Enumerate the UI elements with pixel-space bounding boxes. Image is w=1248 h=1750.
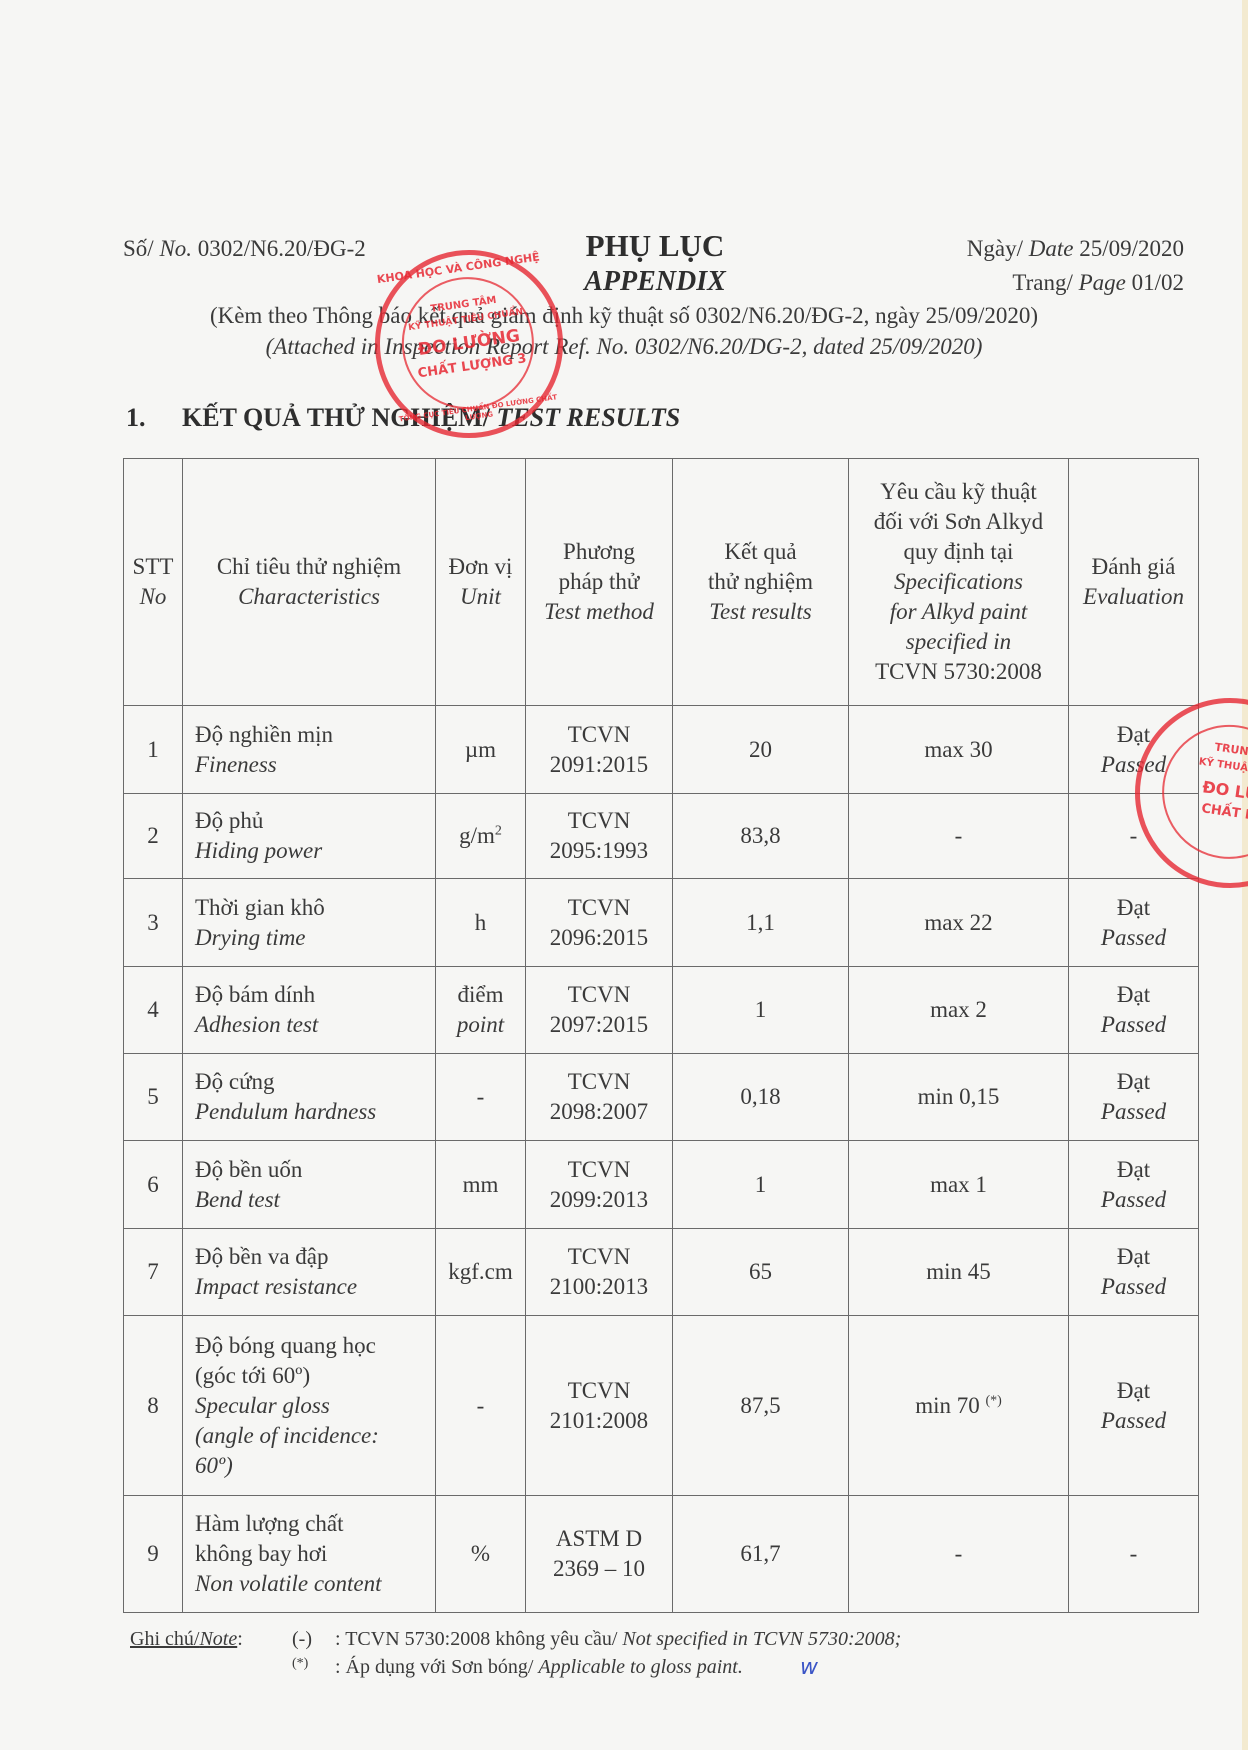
section-heading: 1.KẾT QUẢ THỬ NGHIỆM/ TEST RESULTS [126, 403, 680, 433]
row-number-value: 1 [147, 737, 159, 762]
row-number-value: 8 [147, 1393, 159, 1418]
handwritten-initials: w [800, 1655, 818, 1680]
note-text-vi-1: : TCVN 5730:2008 không yêu cầu/ [335, 1628, 617, 1650]
characteristic-cell: Độ bóng quang học(góc tới 60º)Specular g… [183, 1316, 436, 1496]
evaluation-vi: - [1075, 1539, 1192, 1569]
result-value: 20 [749, 737, 772, 762]
note-item-2: (*) : Áp dụng với Sơn bóng/ Applicable t… [292, 1656, 743, 1679]
characteristic-vi-2: không bay hơi [195, 1539, 429, 1569]
unit-cell: % [436, 1496, 526, 1613]
paper-edge [1242, 0, 1248, 1750]
specification-cell: max 1 [849, 1141, 1069, 1229]
table-row: 1Độ nghiền mịnFinenessµmTCVN2091:201520m… [124, 706, 1199, 794]
characteristic-vi-2: (góc tới 60º) [195, 1361, 429, 1391]
characteristic-en: Pendulum hardness [195, 1097, 429, 1127]
method-line-2: 2099:2013 [532, 1185, 666, 1215]
evaluation-en: Passed [1075, 1010, 1192, 1040]
stamp-ring-text: KHOA HỌC VÀ CÔNG NGHỆ [369, 249, 547, 287]
method-cell: TCVN2095:1993 [526, 794, 673, 879]
table-row: 3Thời gian khôDrying timehTCVN2096:20151… [124, 879, 1199, 967]
characteristic-cell: Hàm lượng chấtkhông bay hơiNon volatile … [183, 1496, 436, 1613]
unit-cell: - [436, 1054, 526, 1141]
specification-value: - [955, 823, 963, 848]
unit-value: % [471, 1541, 490, 1566]
note-symbol-2: (*) [292, 1656, 330, 1672]
specification-cell: - [849, 794, 1069, 879]
result-value: 65 [749, 1259, 772, 1284]
method-cell: TCVN2091:2015 [526, 706, 673, 794]
evaluation-cell: ĐạtPassed [1069, 1141, 1199, 1229]
row-number-value: 6 [147, 1172, 159, 1197]
evaluation-en: Passed [1075, 1185, 1192, 1215]
specification-cell: - [849, 1496, 1069, 1613]
characteristic-vi: Độ bền va đập [195, 1242, 429, 1272]
date-label-vi: Ngày/ [967, 236, 1023, 261]
method-cell: TCVN2098:2007 [526, 1054, 673, 1141]
evaluation-vi: Đạt [1075, 893, 1192, 923]
unit-cell: g/m2 [436, 794, 526, 879]
col-header-characteristics: Chỉ tiêu thử nghiệm Characteristics [183, 459, 436, 706]
unit-cell: kgf.cm [436, 1229, 526, 1316]
col-header-results: Kết quả thử nghiệm Test results [673, 459, 849, 706]
specification-cell: max 22 [849, 879, 1069, 967]
test-results-table: STT No Chỉ tiêu thử nghiệm Characteristi… [123, 458, 1199, 1613]
characteristic-vi: Độ bám dính [195, 980, 429, 1010]
result-value: 83,8 [740, 823, 780, 848]
row-number-value: 2 [147, 823, 159, 848]
characteristic-en: Specular gloss [195, 1391, 429, 1421]
evaluation-en: Passed [1075, 1406, 1192, 1436]
attached-reference-vi: (Kèm theo Thông báo kết quả giám định kỹ… [0, 303, 1248, 329]
method-line-2: 2101:2008 [532, 1406, 666, 1436]
evaluation-cell: ĐạtPassed [1069, 1316, 1199, 1496]
method-line-1: TCVN [532, 893, 666, 923]
specification-value: max 2 [930, 997, 987, 1022]
unit-value: - [477, 1084, 485, 1109]
result-cell: 0,18 [673, 1054, 849, 1141]
row-number: 6 [124, 1141, 183, 1229]
characteristic-vi: Hàm lượng chất [195, 1509, 429, 1539]
specification-value: max 22 [924, 910, 992, 935]
result-cell: 1,1 [673, 879, 849, 967]
method-cell: TCVN2096:2015 [526, 879, 673, 967]
section-title-vi: KẾT QUẢ THỬ NGHIỆM/ [182, 403, 490, 432]
method-cell: ASTM D2369 – 10 [526, 1496, 673, 1613]
col-char-en: Characteristics [189, 582, 429, 612]
col-spec-en-2: for Alkyd paint [855, 597, 1062, 627]
col-no-en: No [130, 582, 176, 612]
evaluation-en: Passed [1075, 923, 1192, 953]
col-spec-vi-1: Yêu cầu kỹ thuật [855, 477, 1062, 507]
date-label-en: Date [1029, 236, 1074, 261]
method-cell: TCVN2100:2013 [526, 1229, 673, 1316]
unit-cell: h [436, 879, 526, 967]
row-number: 4 [124, 967, 183, 1054]
result-cell: 20 [673, 706, 849, 794]
col-unit-vi: Đơn vị [442, 552, 519, 582]
evaluation-cell: ĐạtPassed [1069, 706, 1199, 794]
characteristic-en: Impact resistance [195, 1272, 429, 1302]
evaluation-cell: ĐạtPassed [1069, 1229, 1199, 1316]
col-spec-en-3: specified in [855, 627, 1062, 657]
note-text-en-1: Not specified in TCVN 5730:2008; [622, 1628, 901, 1650]
method-line-1: TCVN [532, 1067, 666, 1097]
specification-value: min 70 [915, 1393, 980, 1418]
characteristic-en-3: 60º) [195, 1451, 429, 1481]
col-results-vi-2: thử nghiệm [679, 567, 842, 597]
unit-value: điểm [458, 982, 504, 1007]
method-cell: TCVN2101:2008 [526, 1316, 673, 1496]
col-eval-en: Evaluation [1075, 582, 1192, 612]
unit-value: kgf.cm [448, 1259, 513, 1284]
number-label-en: No. [159, 236, 192, 261]
result-value: 87,5 [740, 1393, 780, 1418]
characteristic-cell: Độ bền uốnBend test [183, 1141, 436, 1229]
characteristic-vi: Độ cứng [195, 1067, 429, 1097]
table-row: 4Độ bám dínhAdhesion testđiểmpointTCVN20… [124, 967, 1199, 1054]
specification-value: - [955, 1541, 963, 1566]
table-header-row: STT No Chỉ tiêu thử nghiệm Characteristi… [124, 459, 1199, 706]
evaluation-cell: ĐạtPassed [1069, 879, 1199, 967]
unit-superscript: 2 [495, 823, 502, 838]
col-spec-en-1: Specifications [855, 567, 1062, 597]
number-value: 0302/N6.20/ĐG-2 [198, 236, 366, 261]
characteristic-vi: Độ bền uốn [195, 1155, 429, 1185]
unit-cell: điểmpoint [436, 967, 526, 1054]
result-cell: 1 [673, 967, 849, 1054]
method-line-1: TCVN [532, 806, 666, 836]
unit-value: h [475, 910, 487, 935]
specification-cell: max 2 [849, 967, 1069, 1054]
notes-label-vi: Ghi chú/ [130, 1628, 199, 1650]
row-number-value: 4 [147, 997, 159, 1022]
specification-note: (*) [985, 1393, 1001, 1408]
unit-cell: - [436, 1316, 526, 1496]
page-value: 01/02 [1132, 270, 1184, 295]
row-number: 8 [124, 1316, 183, 1496]
specification-cell: max 30 [849, 706, 1069, 794]
characteristic-en: Adhesion test [195, 1010, 429, 1040]
evaluation-cell: ĐạtPassed [1069, 967, 1199, 1054]
method-line-1: TCVN [532, 1242, 666, 1272]
specification-cell: min 70 (*) [849, 1316, 1069, 1496]
notes-label: Ghi chú/Note: [130, 1628, 243, 1651]
row-number-value: 9 [147, 1541, 159, 1566]
row-number: 3 [124, 879, 183, 967]
row-number: 9 [124, 1496, 183, 1613]
result-cell: 1 [673, 1141, 849, 1229]
specification-value: min 45 [926, 1259, 991, 1284]
table-row: 8Độ bóng quang học(góc tới 60º)Specular … [124, 1316, 1199, 1496]
col-method-vi-1: Phương [532, 537, 666, 567]
result-cell: 83,8 [673, 794, 849, 879]
characteristic-en: Fineness [195, 750, 429, 780]
result-value: 1 [755, 997, 767, 1022]
evaluation-cell: ĐạtPassed [1069, 1054, 1199, 1141]
col-spec-standard: TCVN 5730:2008 [855, 657, 1062, 687]
page-label-en: Page [1079, 270, 1126, 295]
document-subtitle: APPENDIX [540, 266, 770, 298]
col-header-unit: Đơn vị Unit [436, 459, 526, 706]
col-unit-en: Unit [442, 582, 519, 612]
col-method-en: Test method [532, 597, 666, 627]
unit-value: mm [463, 1172, 499, 1197]
specification-value: max 1 [930, 1172, 987, 1197]
result-value: 61,7 [740, 1541, 780, 1566]
method-line-1: ASTM D [532, 1524, 666, 1554]
result-value: 0,18 [740, 1084, 780, 1109]
characteristic-vi: Độ bóng quang học [195, 1331, 429, 1361]
table-row: 6Độ bền uốnBend testmmTCVN2099:20131max … [124, 1141, 1199, 1229]
note-text-vi-2: : Áp dụng với Sơn bóng/ [335, 1656, 533, 1678]
note-item-1: (-) : TCVN 5730:2008 không yêu cầu/ Not … [292, 1628, 901, 1651]
specification-cell: min 45 [849, 1229, 1069, 1316]
number-label-vi: Số/ [123, 236, 154, 261]
specification-cell: min 0,15 [849, 1054, 1069, 1141]
table-row: 5Độ cứngPendulum hardness-TCVN2098:20070… [124, 1054, 1199, 1141]
characteristic-en: Drying time [195, 923, 429, 953]
row-number-value: 7 [147, 1259, 159, 1284]
characteristic-vi: Độ phủ [195, 806, 429, 836]
note-symbol-1: (-) [292, 1628, 330, 1651]
characteristic-en: Bend test [195, 1185, 429, 1215]
col-eval-vi: Đánh giá [1075, 552, 1192, 582]
evaluation-en: Passed [1075, 1272, 1192, 1302]
col-results-en: Test results [679, 597, 842, 627]
attached-reference-en: (Attached in Inspection Report Ref. No. … [0, 334, 1248, 360]
unit-value: - [477, 1393, 485, 1418]
evaluation-vi: Đạt [1075, 720, 1192, 750]
table-row: 2Độ phủHiding powerg/m2TCVN2095:199383,8… [124, 794, 1199, 879]
method-line-2: 2097:2015 [532, 1010, 666, 1040]
row-number: 1 [124, 706, 183, 794]
result-cell: 65 [673, 1229, 849, 1316]
table-row: 7Độ bền va đậpImpact resistancekgf.cmTCV… [124, 1229, 1199, 1316]
row-number: 2 [124, 794, 183, 879]
specification-value: max 30 [924, 737, 992, 762]
method-line-2: 2369 – 10 [532, 1554, 666, 1584]
method-line-2: 2098:2007 [532, 1097, 666, 1127]
evaluation-vi: Đạt [1075, 1242, 1192, 1272]
col-results-vi-1: Kết quả [679, 537, 842, 567]
unit-en: point [442, 1010, 519, 1040]
result-cell: 61,7 [673, 1496, 849, 1613]
col-header-method: Phương pháp thử Test method [526, 459, 673, 706]
method-line-2: 2091:2015 [532, 750, 666, 780]
characteristic-en: Hiding power [195, 836, 429, 866]
method-line-1: TCVN [532, 980, 666, 1010]
document-date: Ngày/ Date 25/09/2020 [967, 236, 1184, 262]
row-number-value: 5 [147, 1084, 159, 1109]
result-value: 1 [755, 1172, 767, 1197]
evaluation-cell: - [1069, 1496, 1199, 1613]
col-spec-vi-2: đối với Sơn Alkyd [855, 507, 1062, 537]
unit-cell: µm [436, 706, 526, 794]
evaluation-en: Passed [1075, 1097, 1192, 1127]
evaluation-vi: Đạt [1075, 980, 1192, 1010]
evaluation-vi: Đạt [1075, 1067, 1192, 1097]
page-label-vi: Trang/ [1012, 270, 1073, 295]
date-value: 25/09/2020 [1079, 236, 1184, 261]
method-line-2: 2096:2015 [532, 923, 666, 953]
characteristic-cell: Độ bền va đậpImpact resistance [183, 1229, 436, 1316]
characteristic-cell: Độ nghiền mịnFineness [183, 706, 436, 794]
row-number: 5 [124, 1054, 183, 1141]
characteristic-cell: Độ phủHiding power [183, 794, 436, 879]
characteristic-en: Non volatile content [195, 1569, 429, 1599]
document-number: Số/ No. 0302/N6.20/ĐG-2 [123, 236, 366, 262]
col-no-vi: STT [130, 552, 176, 582]
document-title: PHỤ LỤC [540, 228, 770, 264]
characteristic-cell: Độ cứngPendulum hardness [183, 1054, 436, 1141]
specification-value: min 0,15 [918, 1084, 1000, 1109]
unit-value: µm [465, 737, 496, 762]
evaluation-vi: - [1075, 821, 1192, 851]
section-title-en: TEST RESULTS [496, 403, 680, 432]
table-row: 9Hàm lượng chấtkhông bay hơiNon volatile… [124, 1496, 1199, 1613]
col-char-vi: Chỉ tiêu thử nghiệm [189, 552, 429, 582]
col-spec-vi-3: quy định tại [855, 537, 1062, 567]
row-number-value: 3 [147, 910, 159, 935]
unit-value: g/m [459, 823, 495, 848]
characteristic-en-2: (angle of incidence: [195, 1421, 429, 1451]
result-cell: 87,5 [673, 1316, 849, 1496]
characteristic-vi: Thời gian khô [195, 893, 429, 923]
method-cell: TCVN2097:2015 [526, 967, 673, 1054]
col-header-specification: Yêu cầu kỹ thuật đối với Sơn Alkyd quy đ… [849, 459, 1069, 706]
method-line-1: TCVN [532, 720, 666, 750]
method-line-1: TCVN [532, 1376, 666, 1406]
page-number: Trang/ Page 01/02 [1012, 270, 1184, 296]
characteristic-vi: Độ nghiền mịn [195, 720, 429, 750]
result-value: 1,1 [746, 910, 775, 935]
notes-label-en: Note [199, 1628, 237, 1650]
evaluation-vi: Đạt [1075, 1376, 1192, 1406]
col-header-no: STT No [124, 459, 183, 706]
method-line-2: 2100:2013 [532, 1272, 666, 1302]
characteristic-cell: Thời gian khôDrying time [183, 879, 436, 967]
method-line-2: 2095:1993 [532, 836, 666, 866]
row-number: 7 [124, 1229, 183, 1316]
evaluation-vi: Đạt [1075, 1155, 1192, 1185]
method-line-1: TCVN [532, 1155, 666, 1185]
method-cell: TCVN2099:2013 [526, 1141, 673, 1229]
characteristic-cell: Độ bám dínhAdhesion test [183, 967, 436, 1054]
evaluation-en: Passed [1075, 750, 1192, 780]
evaluation-cell: - [1069, 794, 1199, 879]
col-method-vi-2: pháp thử [532, 567, 666, 597]
section-number: 1. [126, 403, 182, 433]
unit-cell: mm [436, 1141, 526, 1229]
col-header-evaluation: Đánh giá Evaluation [1069, 459, 1199, 706]
note-text-en-2: Applicable to gloss paint. [538, 1656, 742, 1678]
